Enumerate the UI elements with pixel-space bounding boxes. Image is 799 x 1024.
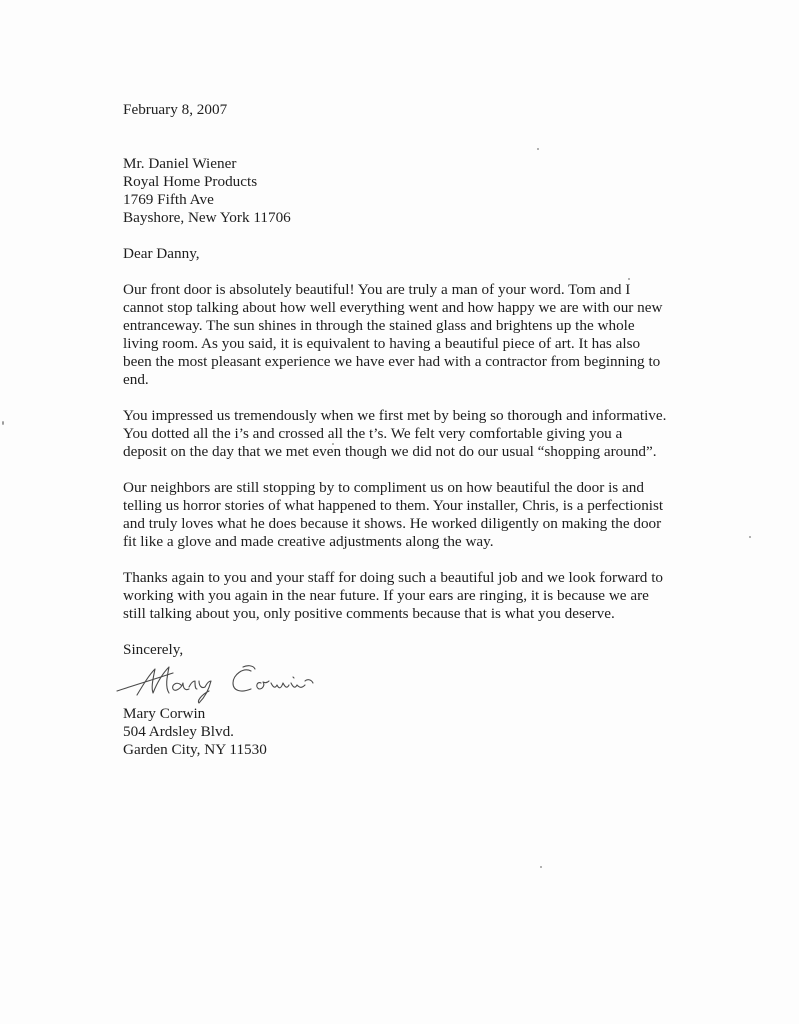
scan-speck xyxy=(628,278,630,280)
letter-date: February 8, 2007 xyxy=(123,101,693,119)
paragraph-line: telling us horror stories of what happen… xyxy=(123,497,693,515)
paragraph-line: living room. As you said, it is equivale… xyxy=(123,335,693,353)
paragraph-line: been the most pleasant experience we hav… xyxy=(123,353,693,371)
letter-page: February 8, 2007 Mr. Daniel Wiener Royal… xyxy=(0,0,799,1024)
scan-speck xyxy=(749,536,751,538)
salutation: Dear Danny, xyxy=(123,245,693,263)
paragraph-line: Our front door is absolutely beautiful! … xyxy=(123,281,693,299)
sender-address: Mary Corwin 504 Ardsley Blvd. Garden Cit… xyxy=(123,705,693,759)
paragraph-2: You impressed us tremendously when we fi… xyxy=(123,407,693,461)
paragraph-line: end. xyxy=(123,371,693,389)
recipient-street: 1769 Fifth Ave xyxy=(123,191,693,209)
sender-street: 504 Ardsley Blvd. xyxy=(123,723,693,741)
handwritten-signature-icon xyxy=(115,661,693,705)
recipient-name: Mr. Daniel Wiener xyxy=(123,155,693,173)
sender-city-state-zip: Garden City, NY 11530 xyxy=(123,741,693,759)
paragraph-line: Our neighbors are still stopping by to c… xyxy=(123,479,693,497)
scan-speck xyxy=(537,148,539,150)
paragraph-3: Our neighbors are still stopping by to c… xyxy=(123,479,693,551)
scan-speck xyxy=(2,421,4,425)
paragraph-line: deposit on the day that we met even thou… xyxy=(123,443,693,461)
recipient-address: Mr. Daniel Wiener Royal Home Products 17… xyxy=(123,155,693,227)
paragraph-1: Our front door is absolutely beautiful! … xyxy=(123,281,693,389)
scan-speck xyxy=(540,866,542,868)
paragraph-line: You impressed us tremendously when we fi… xyxy=(123,407,693,425)
paragraph-line: fit like a glove and made creative adjus… xyxy=(123,533,693,551)
scan-speck xyxy=(332,443,334,445)
recipient-city-state-zip: Bayshore, New York 11706 xyxy=(123,209,693,227)
sender-name: Mary Corwin xyxy=(123,705,693,723)
paragraph-4: Thanks again to you and your staff for d… xyxy=(123,569,693,623)
paragraph-line: Thanks again to you and your staff for d… xyxy=(123,569,693,587)
paragraph-line: entranceway. The sun shines in through t… xyxy=(123,317,693,335)
paragraph-line: cannot stop talking about how well every… xyxy=(123,299,693,317)
recipient-company: Royal Home Products xyxy=(123,173,693,191)
paragraph-line: still talking about you, only positive c… xyxy=(123,605,693,623)
closing: Sincerely, xyxy=(123,641,693,659)
paragraph-line: working with you again in the near futur… xyxy=(123,587,693,605)
paragraph-line: You dotted all the i’s and crossed all t… xyxy=(123,425,693,443)
letter-body: February 8, 2007 Mr. Daniel Wiener Royal… xyxy=(123,101,693,759)
paragraph-line: and truly loves what he does because it … xyxy=(123,515,693,533)
